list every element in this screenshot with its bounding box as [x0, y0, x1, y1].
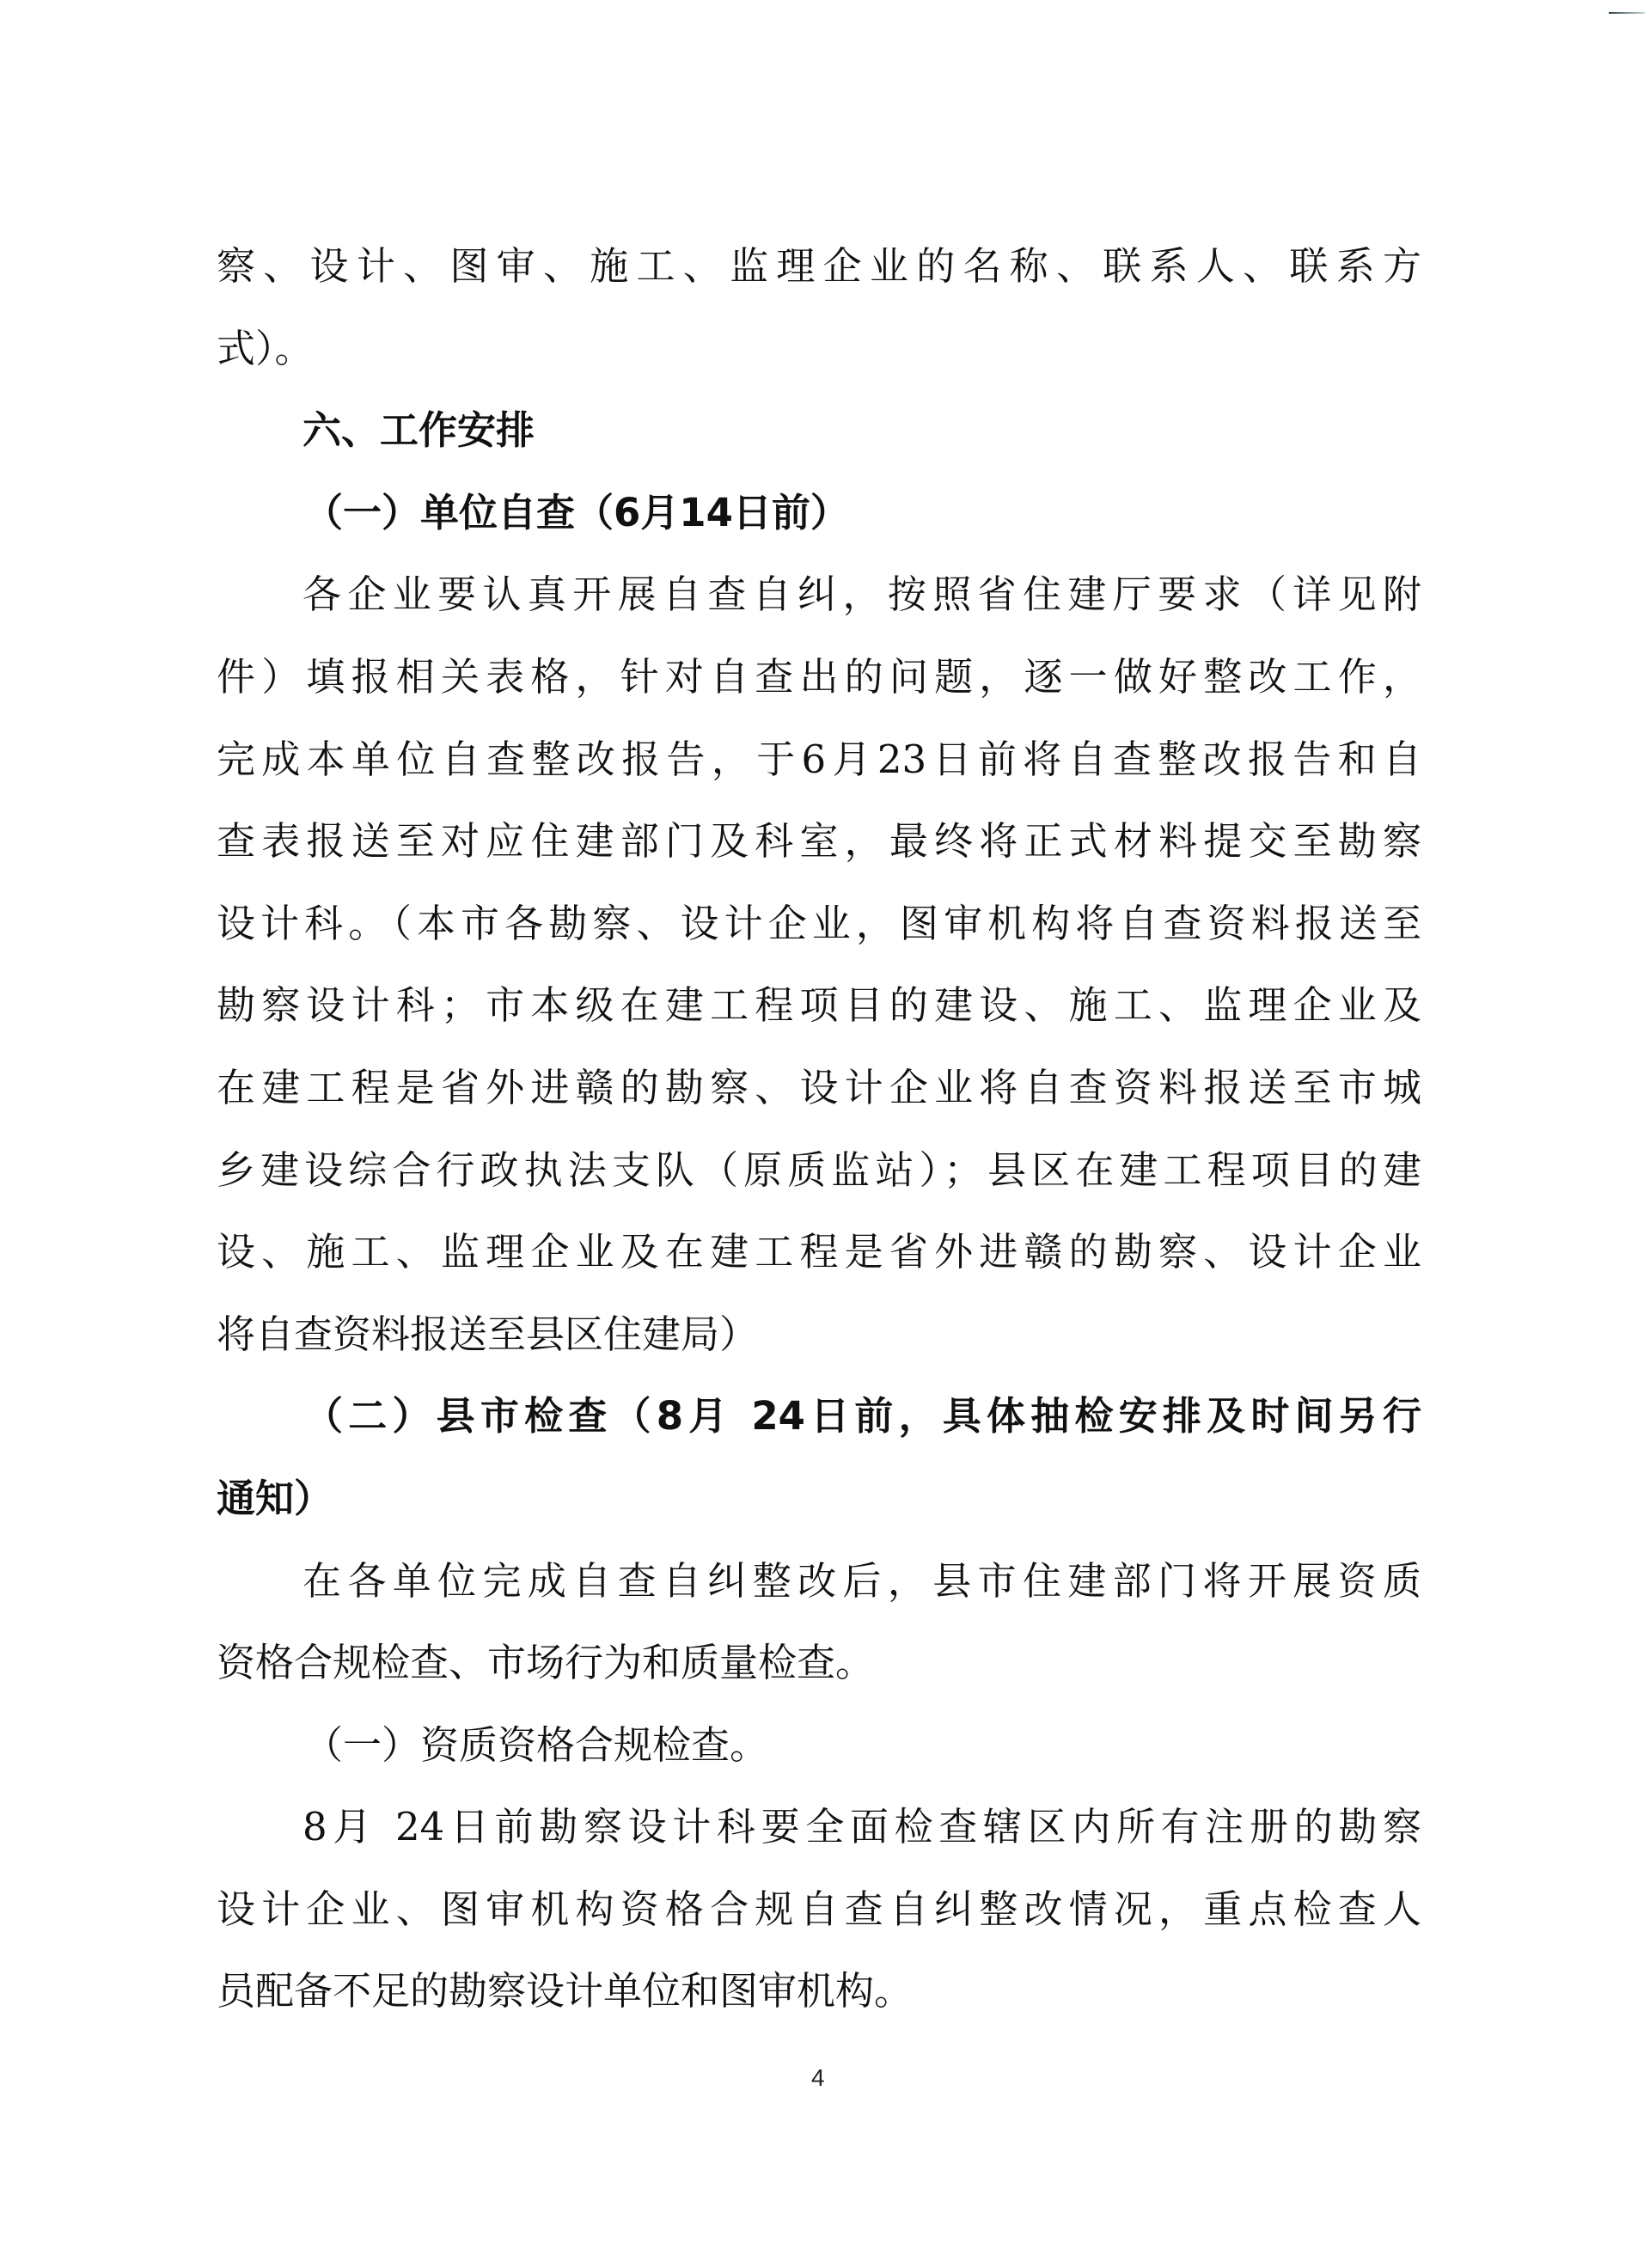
- subsection-heading: （二）县市检查（8月 24日前，具体抽检安排及时间另行: [217, 1392, 1421, 1475]
- page-number: 4: [811, 2064, 825, 2092]
- paragraph-line: 在各单位完成自查自纠整改后，县市住建部门将开展资质: [217, 1557, 1421, 1640]
- paragraph-line: 乡建设综合行政执法支队（原质监站）；县区在建工程项目的建: [217, 1146, 1421, 1229]
- paragraph-line: 设、施工、监理企业及在建工程是省外进赣的勘察、设计企业: [217, 1228, 1421, 1311]
- paragraph-line: 式）。: [217, 325, 1421, 407]
- sub-item-heading: （一）资质资格合规检查。: [217, 1721, 1421, 1804]
- paragraph-line: 察、设计、图审、施工、监理企业的名称、联系人、联系方: [217, 242, 1421, 325]
- paragraph-line: 设计企业、图审机构资格合规自查自纠整改情况，重点检查人: [217, 1886, 1421, 1968]
- subsection-heading-continued: 通知）: [217, 1475, 1421, 1557]
- paragraph-line: 件）填报相关表格，针对自查出的问题，逐一做好整改工作，: [217, 653, 1421, 736]
- section-heading: 六、工作安排: [217, 407, 1421, 489]
- subsection-heading: （一）单位自查（6月14日前）: [217, 489, 1421, 572]
- paragraph-line: 勘察设计科；市本级在建工程项目的建设、施工、监理企业及: [217, 981, 1421, 1064]
- paragraph-line: 各企业要认真开展自查自纠，按照省住建厅要求（详见附: [217, 571, 1421, 653]
- paragraph-line: 查表报送至对应住建部门及科室，最终将正式材料提交至勘察: [217, 817, 1421, 900]
- paragraph-line: 员配备不足的勘察设计单位和图审机构。: [217, 1967, 1421, 2050]
- paragraph-line: 将自查资料报送至县区住建局）: [217, 1311, 1421, 1393]
- document-body: 察、设计、图审、施工、监理企业的名称、联系人、联系方 式）。 六、工作安排 （一…: [217, 242, 1421, 2050]
- paragraph-line: 资格合规检查、市场行为和质量检查。: [217, 1639, 1421, 1721]
- paragraph-line: 完成本单位自查整改报告，于6月23日前将自查整改报告和自: [217, 736, 1421, 818]
- scan-artifact-mark: [1609, 12, 1645, 14]
- paragraph-line: 在建工程是省外进赣的勘察、设计企业将自查资料报送至市城: [217, 1064, 1421, 1146]
- paragraph-line: 8月 24日前勘察设计科要全面检查辖区内所有注册的勘察: [217, 1803, 1421, 1886]
- paragraph-line: 设计科。（本市各勘察、设计企业，图审机构将自查资料报送至: [217, 900, 1421, 982]
